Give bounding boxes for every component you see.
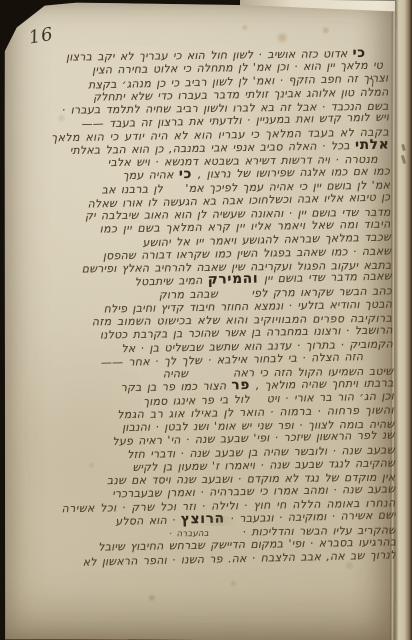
line-text: המיב שיתבטל <box>135 274 208 289</box>
folio-number: 16 <box>27 24 55 49</box>
line-text: שיטב השמיעו הקול הזה כי ראה שהיה <box>163 365 394 381</box>
line-text: הצור כמו פר בן בקר <box>121 380 232 395</box>
edge-ink-mark <box>401 155 406 164</box>
stain <box>321 26 331 34</box>
stain <box>275 32 290 43</box>
lemma-headword: כי <box>179 166 193 182</box>
stain <box>147 594 156 602</box>
adjacent-page-edge <box>395 0 412 640</box>
edge-ink-mark <box>401 144 406 152</box>
lemma-headword: והמירק <box>208 271 259 288</box>
manuscript-page: 16 ך כי אדוט כזה אושיב · לשון חול הוא כי… <box>3 0 397 640</box>
stain <box>229 580 237 587</box>
interline-note: בהעברה · <box>169 529 209 539</box>
line-text: שהקריב עליו הבשר והדליכות · <box>209 524 397 539</box>
lemma-headword: אלתי <box>355 136 390 153</box>
lemma-headword: כי <box>353 45 366 61</box>
stain <box>241 24 249 31</box>
lemma-headword: הרוצץ <box>181 510 225 527</box>
text-block: כי אדוט כזה אושיב · לשון חול הוא כי עברי… <box>44 45 397 568</box>
line-text: אהיה עמך <box>123 168 179 182</box>
photograph-background: 16 ך כי אדוט כזה אושיב · לשון חול הוא כי… <box>0 0 412 640</box>
